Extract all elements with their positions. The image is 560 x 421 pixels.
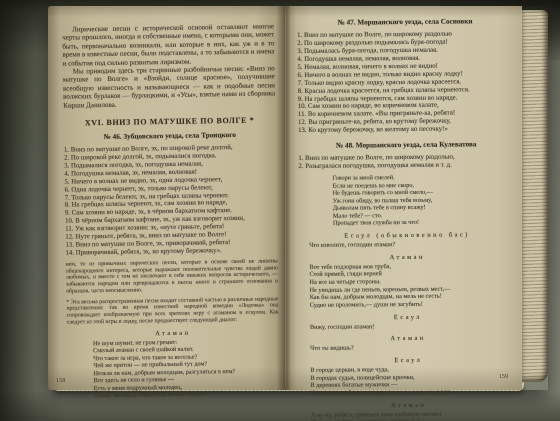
play-section: Есаул В городе церкви, в воде чуда,В гор… [300,356,516,398]
footnote-paragraph: нем, то из привычных лирических песен, к… [66,258,279,295]
text-line: (Запевают «Вниз по матушке по Волге»). [311,417,517,421]
play-section: Атаман Вот тебе подзорная моя труба,Стой… [299,253,516,310]
dialog-lines: А ну-ка, ребята, грянемте мою любимую пе… [301,410,517,421]
text-line: Нигде нам, добрым молодцам, разгуляться … [311,388,517,398]
page-number-right: 159 [499,373,508,380]
page-number-left: 158 [56,377,65,384]
text-line: Что ты видишь? [310,343,516,353]
page-left-content: Лирические песни с исторической основой … [62,22,280,400]
play-section: Атаман Что ты видишь? [300,334,516,353]
dialog-lines: В городе церкви, в воде чуда,В городах с… [300,365,516,398]
dialog-lines: Что изволите, господин атаман? [299,240,515,250]
song-46-heading: № 46. Зубцовского уезда, села Троицкого [64,130,276,141]
ataman-dialog-lines: Не шум шумит, не гром гремит:Смелый атам… [93,337,280,400]
dialog-lines: Что ты видишь? [300,343,516,353]
play-section: Есаул Вижу, господин атаман! [300,313,516,332]
right-page-edges [522,10,548,382]
speaker-name: Атаман [299,253,515,262]
speaker-name: Атаман [300,334,516,343]
intro-paragraph: Лирические песни с исторической основой … [62,22,275,67]
speaker-name: Есаул [300,356,516,365]
open-book: Лирические песни с исторической основой … [48,6,548,390]
song-47-lines: 1. Вниз по матушке по Волге, по широкому… [297,30,514,135]
text-line: Что изволите, господин атаман? [309,240,515,250]
speaker-name: Атаман [301,401,517,410]
text-line: Судно не проломить,— души не загубить! [310,300,516,310]
text-line: Вижу, господин атаман! [310,322,516,332]
page-left: Лирические песни с исторической основой … [48,6,285,390]
song-47-heading: № 47. Моршанского уезда, села Сосновки [297,17,513,27]
play-section: Есаул (обыкновенно бас) Что изволите, го… [299,231,515,250]
play-section: Атаман А ну-ка, ребята, грянемте мою люб… [301,401,517,421]
intro-paragraph: Мы приводим здесь три старинные разбойни… [63,64,276,109]
dialog-lines: Вот тебе подзорная моя труба,Стой прямей… [299,262,515,310]
speaker-name: Есаул (обыкновенно бас) [299,231,515,240]
page-right-content: № 47. Моршанского уезда, села Сосновки 1… [297,17,517,421]
text-line: Пропадет твоя служба ни за что! [333,218,515,227]
speaker-name: Есаул [300,313,516,322]
book-photo-background: Лирические песни с исторической основой … [0,0,560,421]
page-right: № 47. Моршанского уезда, села Сосновки 1… [285,6,522,390]
song-46-lines: 1. Вниз по матушке по Волге, эх, по широ… [64,143,278,257]
song-48-heading: № 48. Моршанского уезда, села Кулеватова [298,140,514,150]
dialog-lines: Вижу, господин атаман! [300,322,516,332]
footnote-paragraph: * Эта весьма распространенная песня вход… [66,296,278,326]
play-verse-lines: Говори за мной смелей.Если не поедешь ко… [333,173,515,228]
chapter-title: XVI. ВНИЗ ПО МАТУШКЕ ПО ВОЛГЕ * [63,115,275,127]
